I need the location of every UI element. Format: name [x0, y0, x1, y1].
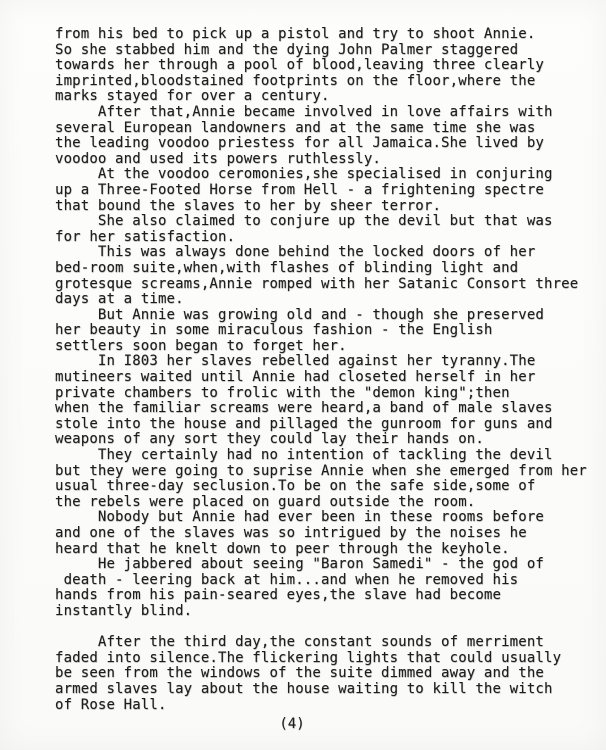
text-line: hands from his pain-seared eyes,the slav… [55, 588, 596, 604]
text-line: the leading voodoo priestess for all Jam… [55, 136, 596, 152]
text-line: marks stayed for over a century. [55, 89, 596, 105]
text-line: armed slaves lay about the house waiting… [55, 682, 596, 698]
text-line: up a Three-Footed Horse from Hell - a fr… [55, 183, 596, 199]
text-line: usual three-day seclusion.To be on the s… [55, 479, 596, 495]
typewritten-text: from his bed to pick up a pistol and try… [55, 27, 596, 713]
text-line: from his bed to pick up a pistol and try… [55, 27, 596, 43]
text-line: In I803 her slaves rebelled against her … [55, 354, 596, 370]
text-line: After the third day,the constant sounds … [55, 635, 596, 651]
text-line: for her satisfaction. [55, 230, 596, 246]
text-line: He jabbered about seeing "Baron Samedi" … [55, 557, 596, 573]
text-line: towards her through a pool of blood,leav… [55, 58, 596, 74]
text-line: several European landowners and at the s… [55, 121, 596, 137]
text-line: her beauty in some miraculous fashion - … [55, 323, 596, 339]
text-line: Nobody but Annie had ever been in these … [55, 510, 596, 526]
text-line: private chambers to frolic with the "dem… [55, 386, 596, 402]
text-line: that bound the slaves to her by sheer te… [55, 199, 596, 215]
text-line: instantly blind. [55, 604, 596, 620]
text-line: But Annie was growing old and - though s… [55, 308, 596, 324]
text-line: days at a time. [55, 292, 596, 308]
text-line: At the voodoo ceromonies,she specialised… [55, 167, 596, 183]
text-line: heard that he knelt down to peer through… [55, 542, 596, 558]
text-line: but they were going to suprise Annie whe… [55, 464, 596, 480]
text-line: They certainly had no intention of tackl… [55, 448, 596, 464]
text-line: This was always done behind the locked d… [55, 245, 596, 261]
page-number: (4) [0, 716, 584, 732]
text-line: weapons of any sort they could lay their… [55, 432, 596, 448]
text-line [55, 620, 596, 636]
text-line: be seen from the windows of the suite di… [55, 666, 596, 682]
text-line: So she stabbed him and the dying John Pa… [55, 43, 596, 59]
document-page: from his bed to pick up a pistol and try… [0, 0, 606, 750]
text-line: grotesque screams,Annie romped with her … [55, 277, 596, 293]
text-line: voodoo and used its powers ruthlessly. [55, 152, 596, 168]
text-line: mutineers waited until Annie had closete… [55, 370, 596, 386]
text-line: After that,Annie became involved in love… [55, 105, 596, 121]
text-line: of Rose Hall. [55, 698, 596, 714]
text-line: bed-room suite,when,with flashes of blin… [55, 261, 596, 277]
text-line: faded into silence.The flickering lights… [55, 651, 596, 667]
text-line: when the familiar screams were heard,a b… [55, 401, 596, 417]
text-line: and one of the slaves was so intrigued b… [55, 526, 596, 542]
text-line: She also claimed to conjure up the devil… [55, 214, 596, 230]
